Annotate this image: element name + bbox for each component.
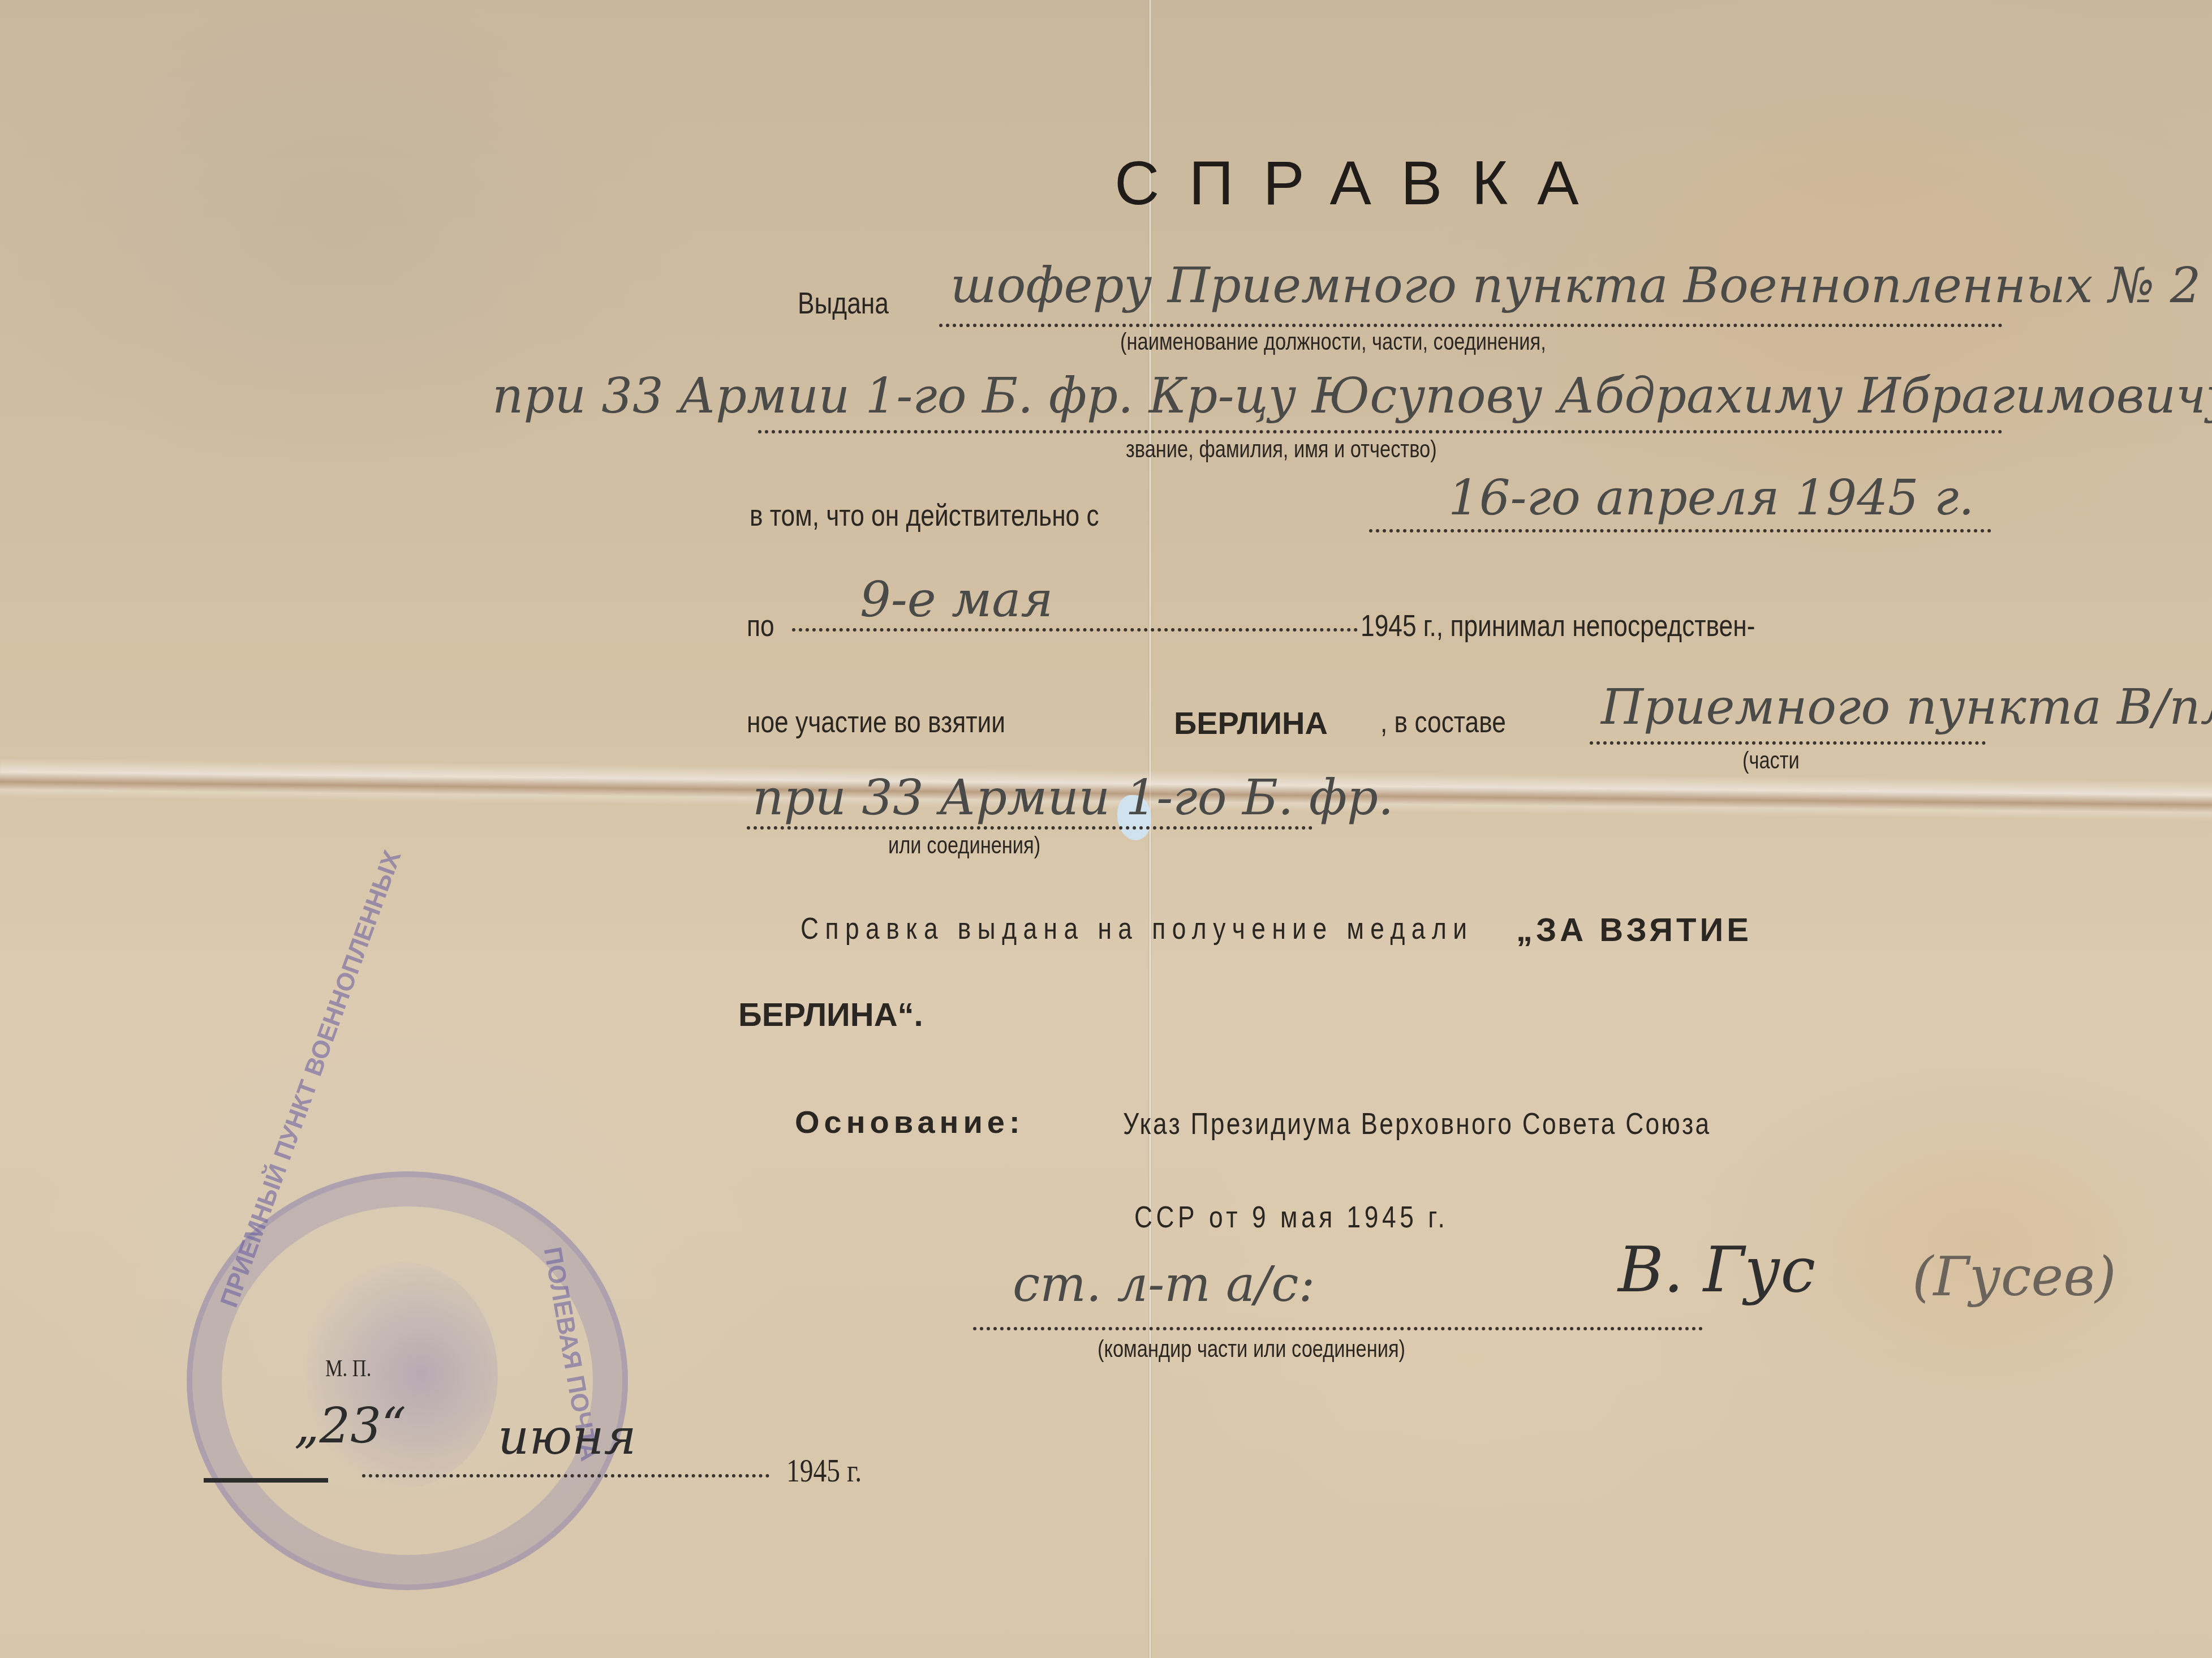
date-underline — [362, 1474, 769, 1477]
unit-caption: (части — [1742, 747, 1800, 774]
to-underline — [792, 628, 1358, 632]
berlin-city: БЕРЛИНА — [1174, 705, 1328, 741]
basis-label: Основание: — [795, 1103, 1025, 1140]
basis-text-2: ССР от 9 мая 1945 г. — [1134, 1200, 1448, 1235]
participation-suffix: , в составе — [1380, 705, 1506, 740]
commander-underline — [973, 1327, 1703, 1330]
participation-prefix: ное участие во взятии — [747, 705, 1005, 740]
commander-rank-handwritten: ст. л-т а/с: — [1013, 1256, 1315, 1313]
unit-handwritten-2: при 33 Армии 1-го Б. фр. — [752, 770, 1393, 826]
to-label: по — [747, 608, 774, 643]
date-month-handwritten: июня — [498, 1409, 636, 1466]
basis-text-1: Указ Президиума Верховного Совета Союза — [1123, 1106, 1711, 1141]
document-title: СПРАВКА — [1114, 147, 1608, 219]
rank-name-underline — [758, 430, 2003, 433]
date-year: 1945 г. — [786, 1451, 862, 1489]
unit-caption-2: или соединения) — [888, 832, 1040, 859]
rank-name-handwritten: при 33 Армии 1-го Б. фр. Кр-цу Юсупову А… — [492, 368, 2212, 424]
to-date-handwritten: 9-е мая — [860, 572, 1053, 628]
issued-to-label: Выдана — [798, 286, 889, 321]
issued-to-caption: (наименование должности, части, соединен… — [1120, 328, 1546, 355]
commander-caption: (командир части или соединения) — [1098, 1335, 1405, 1363]
unit-underline-2 — [747, 826, 1312, 830]
issued-to-handwritten: шоферу Приемного пункта Военнопленных № … — [950, 257, 2201, 314]
issued-to-underline — [939, 324, 2003, 327]
commander-signature: В. Гус — [1618, 1234, 1815, 1306]
purpose-text: Справка выдана на получение медали — [801, 911, 1473, 946]
from-date-handwritten: 16-го апреля 1945 г. — [1448, 470, 1974, 526]
medal-name-line2: БЕРЛИНА“. — [738, 996, 923, 1034]
date-day-underline — [204, 1478, 328, 1483]
date-day-handwritten: „23“ — [294, 1398, 406, 1454]
seal-label: М. П. — [325, 1355, 371, 1382]
medal-name-line1: „ЗА ВЗЯТИЕ — [1516, 911, 1752, 949]
to-suffix: 1945 г., принимал непосредствен- — [1361, 608, 1755, 643]
from-label: в том, что он действительно с — [750, 498, 1099, 533]
unit-underline — [1590, 741, 1986, 745]
commander-signature-name: (Гусев) — [1912, 1245, 2116, 1308]
from-underline — [1369, 529, 1991, 532]
rank-name-caption: звание, фамилия, имя и отчество) — [1126, 436, 1437, 463]
unit-handwritten: Приемного пункта В/пл — [1601, 679, 2212, 736]
